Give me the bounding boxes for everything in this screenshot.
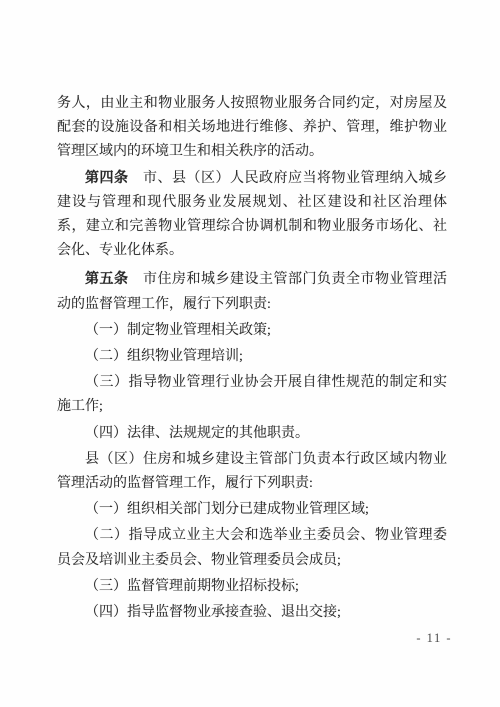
paragraph-county-duties: 县（区）住房和城乡建设主管部门负责本行政区域内物业管理活动的监督管理工作，履行下…: [57, 448, 447, 496]
paragraph-text: （四）指导监督物业承接查验、退出交接;: [85, 605, 341, 620]
document-text-block: 务人，由业主和物业服务人按照物业服务合同约定，对房屋及配套的设施设备和相关场地进…: [57, 92, 447, 627]
article-number-5: 第五条: [85, 272, 129, 287]
paragraph-text: （四）法律、法规规定的其他职责。: [85, 426, 309, 441]
county-list-item-4: （四）指导监督物业承接查验、退出交接;: [57, 601, 447, 625]
paragraph-text: 务人，由业主和物业服务人按照物业服务合同约定，对房屋及配套的设施设备和相关场地进…: [57, 96, 447, 159]
list-item-1: （一）制定物业管理相关政策;: [57, 319, 447, 343]
paragraph-article-5: 第五条 市住房和城乡建设主管部门负责全市物业管理活动的监督管理工作，履行下列职责…: [57, 268, 447, 316]
paragraph-text: （一）组织相关部门划分已建成物业管理区域;: [85, 502, 369, 517]
document-page: 务人，由业主和物业服务人按照物业服务合同约定，对房屋及配套的设施设备和相关场地进…: [0, 0, 500, 707]
county-list-item-1: （一）组织相关部门划分已建成物业管理区域;: [57, 498, 447, 522]
paragraph-text: （三）指导物业管理行业协会开展自律性规范的制定和实施工作;: [57, 375, 447, 414]
paragraph-continuation: 务人，由业主和物业服务人按照物业服务合同约定，对房屋及配套的设施设备和相关场地进…: [57, 92, 447, 165]
list-item-2: （二）组织物业管理培训;: [57, 345, 447, 369]
paragraph-text: （一）制定物业管理相关政策;: [85, 323, 271, 338]
paragraph-text: （二）指导成立业主大会和选举业主委员会、物业管理委员会及培训业主委员会、物业管理…: [57, 528, 447, 567]
page-number: - 11 -: [416, 631, 452, 646]
paragraph-text: 县（区）住房和城乡建设主管部门负责本行政区域内物业管理活动的监督管理工作，履行下…: [57, 452, 447, 491]
list-item-4: （四）法律、法规规定的其他职责。: [57, 422, 447, 446]
county-list-item-2: （二）指导成立业主大会和选举业主委员会、物业管理委员会及培训业主委员会、物业管理…: [57, 524, 447, 572]
paragraph-article-4: 第四条 市、县（区）人民政府应当将物业管理纳入城乡建设与管理和现代服务业发展规划…: [57, 167, 447, 264]
list-item-3: （三）指导物业管理行业协会开展自律性规范的制定和实施工作;: [57, 371, 447, 419]
paragraph-text: （二）组织物业管理培训;: [85, 349, 243, 364]
article-number-4: 第四条: [85, 171, 129, 186]
paragraph-text: （三）监督管理前期物业招标投标;: [85, 579, 299, 594]
county-list-item-3: （三）监督管理前期物业招标投标;: [57, 575, 447, 599]
